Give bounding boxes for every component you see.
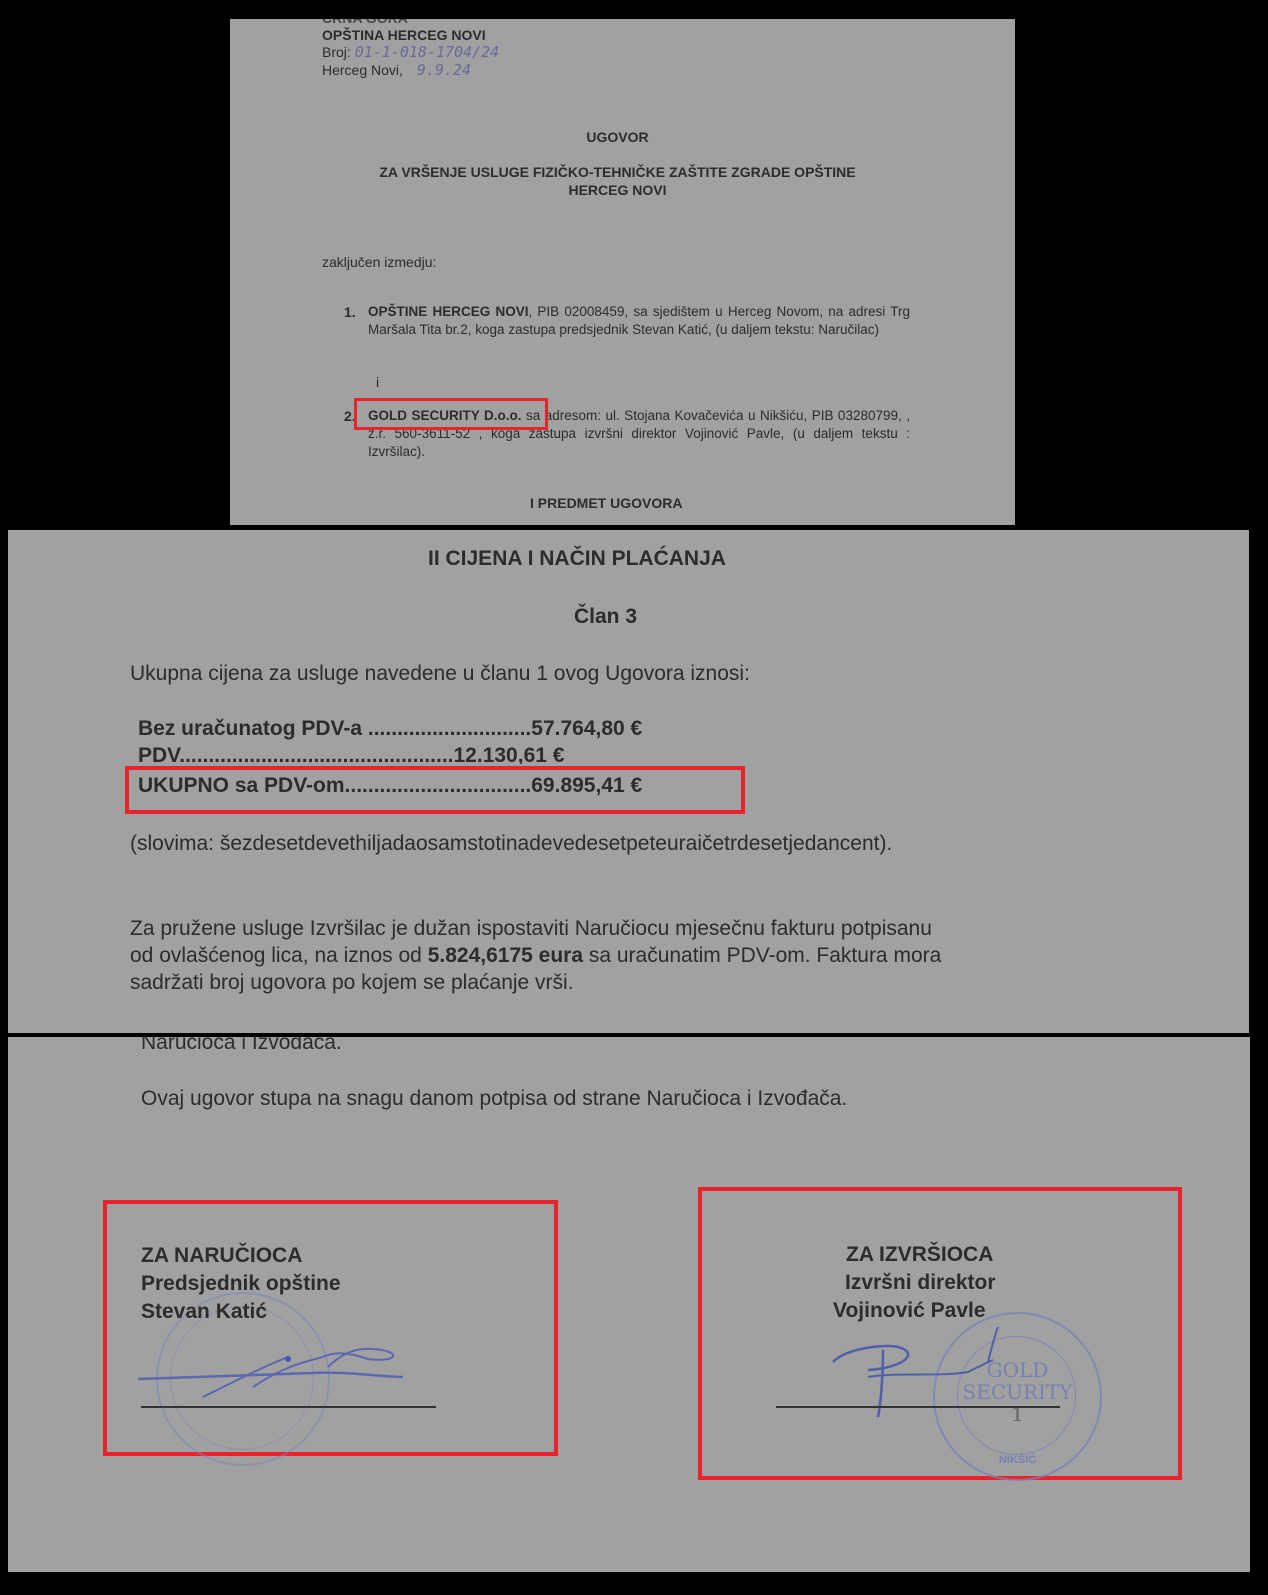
party1-name: OPŠTINE HERCEG NOVI	[368, 304, 528, 319]
section2-heading: II CIJENA I NAČIN PLAĆANJA	[428, 547, 726, 571]
price-value: 12.130,61 €	[454, 744, 565, 764]
contractor-role: Izvršni direktor	[845, 1269, 996, 1297]
effective-clause: Ovaj ugovor stupa na snagu danom potpisa…	[141, 1087, 847, 1111]
price-intro: Ukupna cijena za usluge navedene u članu…	[130, 662, 750, 686]
invoice-line-3: sadržati broj ugovora po kojem se plaćan…	[130, 971, 574, 995]
section1-heading: I PREDMET UGOVORA	[530, 495, 682, 512]
concluded-between: zaključen izmedju:	[322, 254, 436, 271]
invoice-line-2: od ovlašćenog lica, na iznos od 5.824,61…	[130, 944, 941, 968]
place-label: Herceg Novi,	[322, 62, 403, 78]
highlight-gold-security	[354, 398, 548, 430]
document-number: Broj: 01-1-018-1704/24	[322, 44, 499, 61]
client-role: Predsjednik opštine	[141, 1270, 341, 1298]
contract-subtitle-line2: HERCEG NOVI	[230, 182, 1005, 198]
price-row-vat: PDV.....................................…	[138, 744, 564, 764]
contract-subtitle-line1: ZA VRŠENJE USLUGE FIZIČKO-TEHNIČKE ZAŠTI…	[230, 164, 1005, 180]
leader-dots: ............................	[368, 717, 531, 740]
party1-paragraph: OPŠTINE HERCEG NOVI, PIB 02008459, sa sj…	[368, 303, 910, 339]
invoice-text: od ovlašćenog lica, na iznos od	[130, 944, 428, 967]
price-value: 57.764,80 €	[531, 717, 642, 740]
conjunction: i	[376, 374, 379, 391]
client-signature-line	[141, 1406, 436, 1408]
invoice-text: sa uračunatim PDV-om. Faktura mora	[583, 944, 941, 967]
invoice-line-1: Za pružene usluge Izvršilac je dužan isp…	[130, 917, 932, 941]
partial-clause: Naručioca i Izvođača.	[141, 1037, 342, 1055]
document-place-date: Herceg Novi, 9.9.24	[322, 62, 471, 79]
number-label: Broj:	[322, 44, 351, 60]
contractor-title: ZA IZVRŠIOCA	[846, 1241, 993, 1269]
contractor-signature-icon	[828, 1322, 1048, 1432]
party1-number: 1.	[344, 304, 356, 321]
client-name: Stevan Katić	[141, 1298, 267, 1326]
highlight-total-price	[125, 766, 745, 814]
contract-title: UGOVOR	[230, 129, 1005, 145]
municipality-name: OPŠTINA HERCEG NOVI	[322, 27, 486, 44]
stamp-city: NIKŠIĆ	[935, 1454, 1100, 1466]
header-partial: CRNA GORA	[322, 19, 408, 27]
price-label: Bez uračunatog PDV-a	[138, 717, 368, 740]
client-title: ZA NARUČIOCA	[141, 1242, 302, 1270]
contractor-name: Vojinović Pavle	[833, 1297, 986, 1325]
price-in-words: (slovima: šezdesetdevethiljadaosamstotin…	[130, 832, 892, 856]
price-row-net: Bez uračunatog PDV-a ...................…	[138, 717, 642, 741]
number-value: 01-1-018-1704/24	[355, 43, 500, 61]
contract-signature-section: Naručioca i Izvođača. Ovaj ugovor stupa …	[8, 1037, 1250, 1572]
contract-first-page-excerpt: CRNA GORA OPŠTINA HERCEG NOVI Broj: 01-1…	[230, 19, 1015, 525]
invoice-amount: 5.824,6175 eura	[428, 944, 583, 967]
article-heading: Član 3	[574, 605, 637, 629]
leader-dots: ........................................…	[179, 744, 453, 764]
client-signature-icon	[133, 1337, 433, 1417]
contract-price-section: II CIJENA I NAČIN PLAĆANJA Član 3 Ukupna…	[8, 530, 1249, 1033]
price-label: PDV	[138, 744, 179, 764]
contractor-signature-line	[776, 1406, 1060, 1408]
date-value: 9.9.24	[417, 61, 471, 79]
